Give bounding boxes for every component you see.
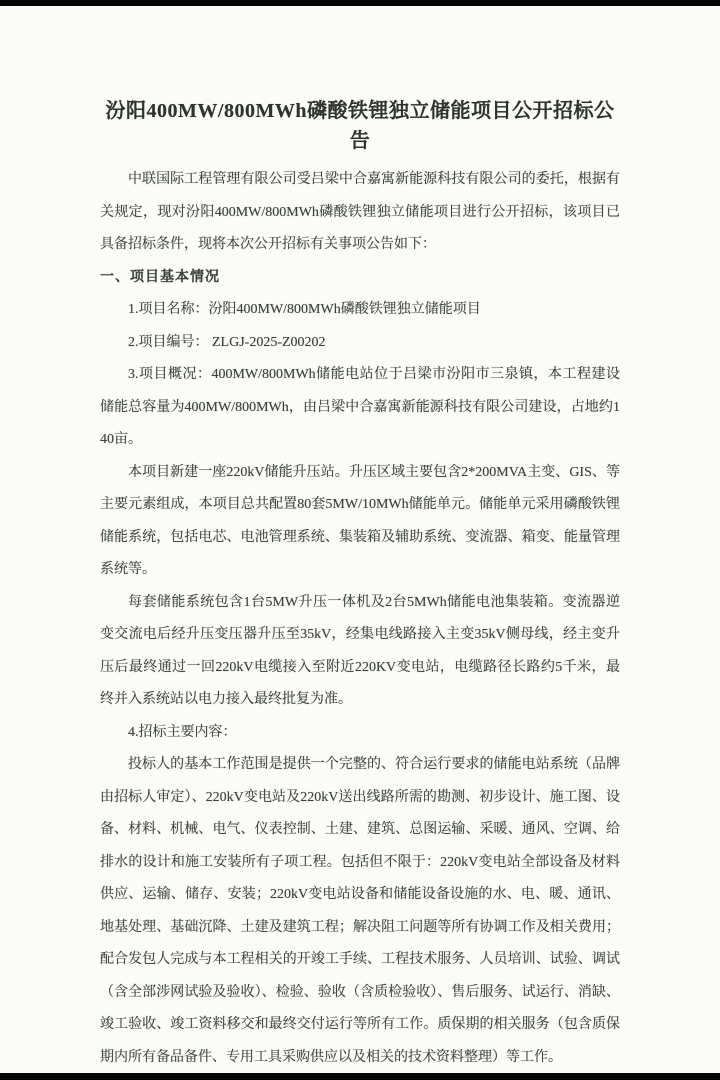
item-project-overview: 3.项目概况：400MW/800MWh储能电站位于吕梁市汾阳市三泉镇，本工程建设…	[100, 359, 620, 457]
paragraph-overview-detail-2: 每套储能系统包含1台5MW升压一体机及2台5MWh储能电池集装箱。变流器逆变交流…	[100, 587, 620, 717]
paragraph-overview-detail-1: 本项目新建一座220kV储能升压站。升压区域主要包含2*200MVA主变、GIS…	[100, 457, 620, 587]
section-heading-project-basics: 一、项目基本情况	[100, 262, 620, 295]
document-title: 汾阳400MW/800MWh磷酸铁锂独立储能项目公开招标公告	[100, 96, 620, 156]
scan-edge-bottom	[0, 1073, 720, 1080]
paragraph-intro: 中联国际工程管理有限公司受吕梁中合嘉寓新能源科技有限公司的委托，根据有关规定，现…	[100, 164, 620, 262]
item-project-name: 1.项目名称：汾阳400MW/800MWh磷酸铁锂独立储能项目	[100, 294, 620, 327]
scan-edge-top	[0, 0, 720, 6]
document-body: 汾阳400MW/800MWh磷酸铁锂独立储能项目公开招标公告 中联国际工程管理有…	[100, 96, 620, 1074]
scanned-document-page: 汾阳400MW/800MWh磷酸铁锂独立储能项目公开招标公告 中联国际工程管理有…	[0, 0, 720, 1080]
paragraph-tender-scope: 投标人的基本工作范围是提供一个完整的、符合运行要求的储能电站系统（品牌由招标人审…	[100, 749, 620, 1074]
item-tender-content-heading: 4.招标主要内容：	[100, 717, 620, 750]
item-project-number: 2.项目编号： ZLGJ-2025-Z00202	[100, 327, 620, 360]
